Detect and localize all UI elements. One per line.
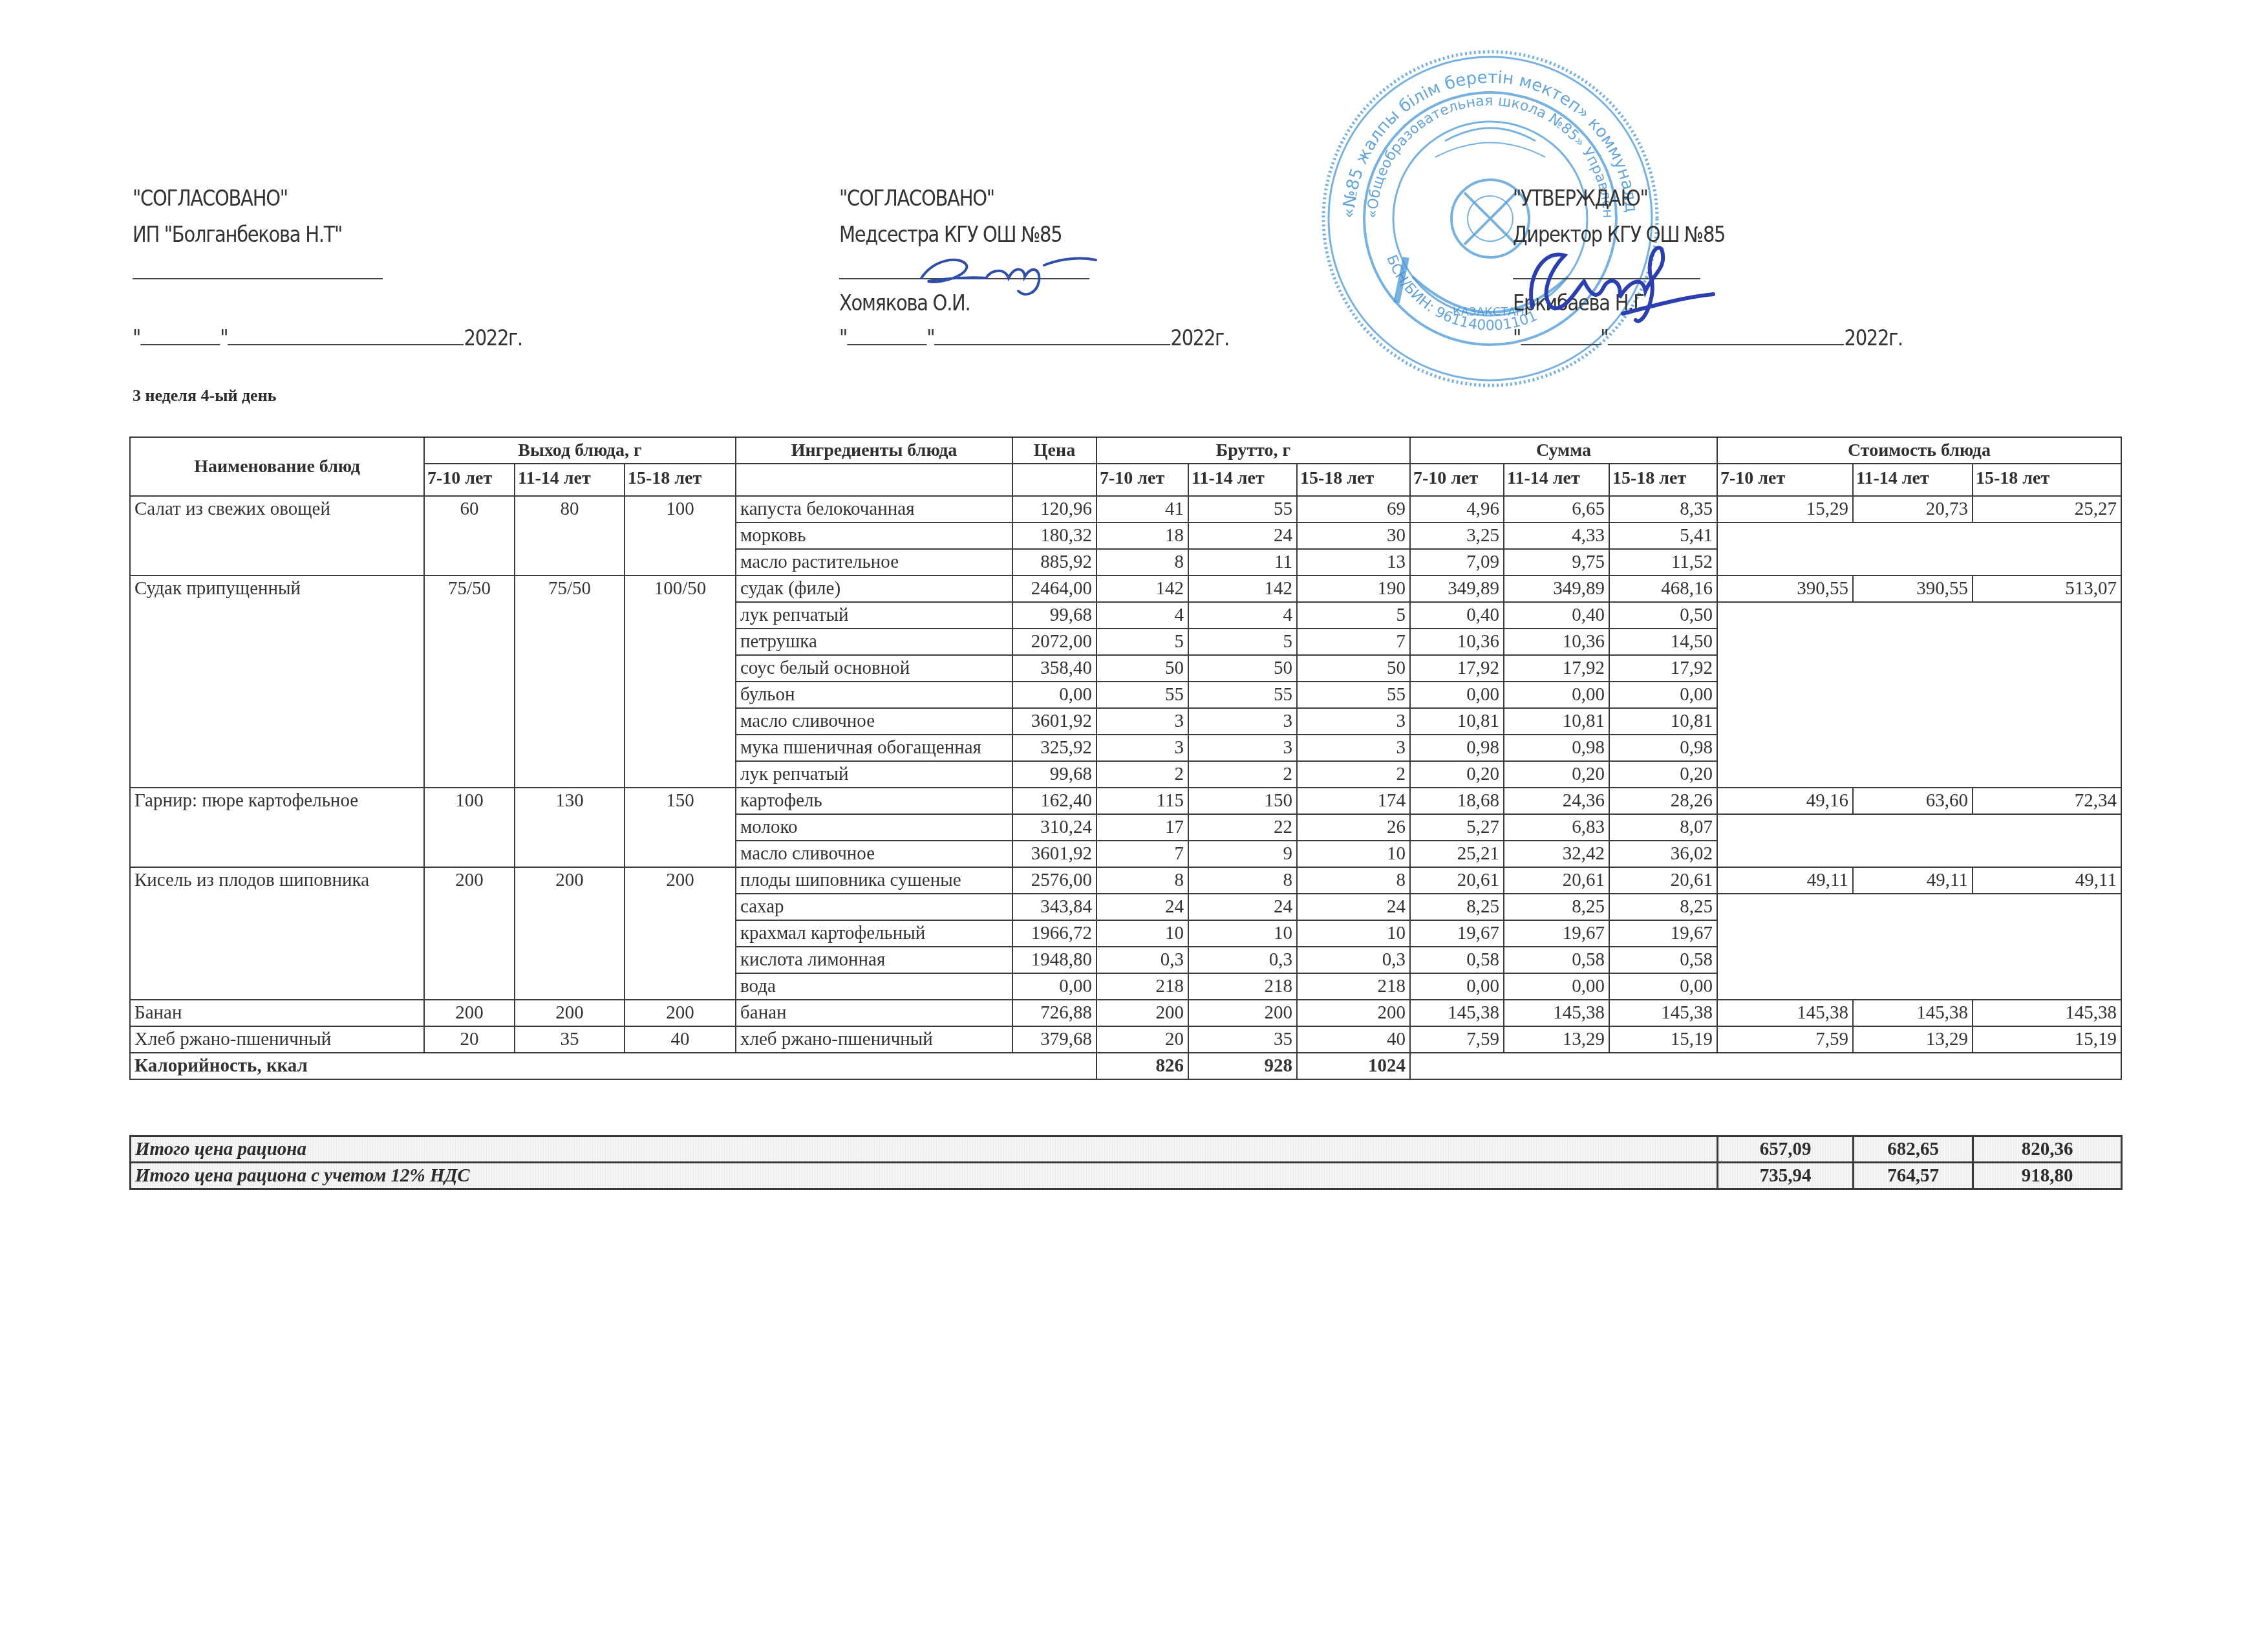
totals-value: 735,94	[1718, 1163, 1854, 1189]
dish-name: Хлеб ржано-пшеничный	[130, 1026, 424, 1053]
table-row: Судак припущенный75/5075/50100/50судак (…	[130, 576, 2121, 602]
header-age-cost: 11-14 лет	[1853, 464, 1973, 496]
ingredient-brutto: 200	[1297, 1000, 1410, 1026]
ingredient-price: 726,88	[1012, 1000, 1097, 1026]
ingredient-sum: 0,00	[1609, 973, 1717, 1000]
approval-org: Медсестра КГУ ОШ №85	[839, 224, 1062, 245]
ingredient-sum: 4,96	[1410, 496, 1504, 523]
ingredient-sum: 0,50	[1609, 602, 1717, 629]
ingredient-sum: 8,25	[1504, 894, 1609, 920]
dish-yield: 130	[515, 788, 625, 867]
ingredient-brutto: 10	[1188, 920, 1297, 947]
ingredient-price: 325,92	[1012, 735, 1097, 761]
dish-name: Банан	[130, 1000, 424, 1026]
ingredient-price: 99,68	[1012, 602, 1097, 629]
ingredient-sum: 0,00	[1504, 973, 1609, 1000]
ingredient-sum: 8,07	[1609, 814, 1717, 841]
ingredient-sum: 28,26	[1609, 788, 1717, 814]
ingredient-sum: 5,27	[1410, 814, 1504, 841]
dish-yield: 200	[515, 1000, 625, 1026]
ingredient-price: 2464,00	[1012, 576, 1097, 602]
calories-blank	[1410, 1053, 2121, 1079]
ingredient-brutto: 69	[1297, 496, 1410, 523]
ingredient-brutto: 50	[1188, 655, 1297, 682]
ingredient-price: 885,92	[1012, 549, 1097, 576]
dish-cost: 25,27	[1973, 496, 2121, 523]
ingredient-brutto: 115	[1097, 788, 1188, 814]
totals-row: Итого цена рациона с учетом 12% НДС735,9…	[131, 1163, 2122, 1189]
ingredient-brutto: 10	[1297, 920, 1410, 947]
ingredient-brutto: 50	[1097, 655, 1188, 682]
ingredient-brutto: 40	[1297, 1026, 1410, 1053]
ingredient-name: кислота лимонная	[736, 947, 1012, 973]
table-row: Гарнир: пюре картофельное100130150картоф…	[130, 788, 2121, 814]
ingredient-brutto: 30	[1297, 523, 1410, 549]
ingredient-sum: 0,00	[1410, 973, 1504, 1000]
ingredient-brutto: 7	[1297, 629, 1410, 655]
ingredient-brutto: 0,3	[1297, 947, 1410, 973]
ingredient-brutto: 0,3	[1188, 947, 1297, 973]
dish-yield: 35	[515, 1026, 625, 1053]
dish-yield: 75/50	[424, 576, 515, 788]
header-dish-cost: Стоимость блюда	[1717, 437, 2121, 464]
ingredient-brutto: 8	[1297, 867, 1410, 894]
ingredient-name: соус белый основной	[736, 655, 1012, 682]
dish-cost: 49,11	[1717, 867, 1853, 894]
header-age-sum: 7-10 лет	[1410, 464, 1504, 496]
ingredient-name: масло сливочное	[736, 841, 1012, 867]
ingredient-brutto: 41	[1097, 496, 1188, 523]
ingredient-price: 343,84	[1012, 894, 1097, 920]
dish-cost: 20,73	[1853, 496, 1973, 523]
ingredient-name: масло сливочное	[736, 708, 1012, 735]
calories-value: 1024	[1297, 1053, 1410, 1079]
dish-cost: 513,07	[1973, 576, 2121, 602]
ingredient-brutto: 10	[1097, 920, 1188, 947]
ingredient-brutto: 3	[1297, 708, 1410, 735]
totals-label: Итого цена рациона	[131, 1136, 1718, 1163]
dish-cost-blank	[1717, 602, 2121, 788]
ingredient-sum: 0,40	[1410, 602, 1504, 629]
ingredient-sum: 8,25	[1609, 894, 1717, 920]
ingredient-brutto: 8	[1097, 867, 1188, 894]
approval-title: "СОГЛАСОВАНО"	[839, 188, 994, 209]
ingredient-sum: 20,61	[1504, 867, 1609, 894]
ingredient-sum: 19,67	[1410, 920, 1504, 947]
ingredient-price: 3601,92	[1012, 841, 1097, 867]
approval-org: ИП "Болганбекова Н.Т"	[133, 224, 342, 245]
header-ingredients-blank	[736, 464, 1012, 496]
totals-value: 820,36	[1973, 1136, 2122, 1163]
ingredient-sum: 32,42	[1504, 841, 1609, 867]
ingredient-price: 3601,92	[1012, 708, 1097, 735]
calories-value: 826	[1097, 1053, 1188, 1079]
approval-signer: Хомякова О.И.	[839, 292, 970, 314]
ingredient-name: лук репчатый	[736, 602, 1012, 629]
table-row: Хлеб ржано-пшеничный203540хлеб ржано-пше…	[130, 1026, 2121, 1053]
ingredient-sum: 20,61	[1609, 867, 1717, 894]
ingredient-sum: 17,92	[1504, 655, 1609, 682]
dish-yield: 200	[625, 867, 736, 1000]
ingredient-sum: 0,40	[1504, 602, 1609, 629]
dish-cost-blank	[1717, 894, 2121, 1000]
ingredient-sum: 3,25	[1410, 523, 1504, 549]
ingredient-sum: 10,81	[1609, 708, 1717, 735]
ingredient-sum: 17,92	[1410, 655, 1504, 682]
ingredient-sum: 10,36	[1504, 629, 1609, 655]
ingredient-brutto: 9	[1188, 841, 1297, 867]
ingredient-sum: 24,36	[1504, 788, 1609, 814]
date-line: ""2022г.	[839, 325, 1229, 349]
ingredient-price: 310,24	[1012, 814, 1097, 841]
ingredient-brutto: 2	[1297, 761, 1410, 788]
ingredient-sum: 145,38	[1504, 1000, 1609, 1026]
header-yield: Выход блюда, г	[424, 437, 736, 464]
ingredient-brutto: 200	[1097, 1000, 1188, 1026]
dish-yield: 40	[625, 1026, 736, 1053]
ingredient-sum: 0,98	[1609, 735, 1717, 761]
ingredient-brutto: 174	[1297, 788, 1410, 814]
ingredient-sum: 11,52	[1609, 549, 1717, 576]
ingredient-price: 358,40	[1012, 655, 1097, 682]
approval-title: "СОГЛАСОВАНО"	[133, 188, 288, 209]
header-age-yield: 11-14 лет	[515, 464, 625, 496]
ingredient-brutto: 218	[1097, 973, 1188, 1000]
ingredient-name: крахмал картофельный	[736, 920, 1012, 947]
ingredient-brutto: 0,3	[1097, 947, 1188, 973]
dish-yield: 60	[424, 496, 515, 576]
ingredient-price: 162,40	[1012, 788, 1097, 814]
header-ingredients: Ингредиенты блюда	[736, 437, 1012, 464]
totals-label: Итого цена рациона с учетом 12% НДС	[131, 1163, 1718, 1189]
ingredient-sum: 9,75	[1504, 549, 1609, 576]
header-age-brutto: 7-10 лет	[1097, 464, 1188, 496]
ingredient-sum: 468,16	[1609, 576, 1717, 602]
ingredient-brutto: 55	[1097, 682, 1188, 708]
signature-line	[133, 259, 383, 283]
ingredient-brutto: 18	[1097, 523, 1188, 549]
date-line: ""2022г.	[1513, 325, 1903, 349]
ingredient-sum: 145,38	[1609, 1000, 1717, 1026]
dish-yield: 100/50	[625, 576, 736, 788]
ingredient-brutto: 2	[1188, 761, 1297, 788]
ingredient-brutto: 4	[1097, 602, 1188, 629]
ingredient-brutto: 24	[1188, 894, 1297, 920]
dish-cost: 49,11	[1853, 867, 1973, 894]
header-age-yield: 15-18 лет	[625, 464, 736, 496]
calories-row: Калорийность, ккал8269281024	[130, 1053, 2121, 1079]
ingredient-sum: 0,58	[1609, 947, 1717, 973]
ingredient-brutto: 4	[1188, 602, 1297, 629]
menu-table: Наименование блюд Выход блюда, г Ингреди…	[129, 436, 2122, 1080]
ingredient-name: судак (филе)	[736, 576, 1012, 602]
header-age-brutto: 15-18 лет	[1297, 464, 1410, 496]
ingredient-brutto: 142	[1188, 576, 1297, 602]
calories-value: 928	[1188, 1053, 1297, 1079]
dish-yield: 150	[625, 788, 736, 867]
dish-yield: 20	[424, 1026, 515, 1053]
ingredient-name: петрушка	[736, 629, 1012, 655]
ingredient-brutto: 24	[1097, 894, 1188, 920]
table-row: Банан200200200банан726,88200200200145,38…	[130, 1000, 2121, 1026]
ingredient-sum: 17,92	[1609, 655, 1717, 682]
dish-yield: 100	[424, 788, 515, 867]
ingredient-sum: 8,35	[1609, 496, 1717, 523]
ingredient-sum: 6,65	[1504, 496, 1609, 523]
ingredient-name: морковь	[736, 523, 1012, 549]
ingredient-brutto: 3	[1188, 708, 1297, 735]
ingredient-name: капуста белокочанная	[736, 496, 1012, 523]
dish-name: Гарнир: пюре картофельное	[130, 788, 424, 867]
ingredient-sum: 0,98	[1410, 735, 1504, 761]
ingredient-name: масло растительное	[736, 549, 1012, 576]
dish-name: Салат из свежих овощей	[130, 496, 424, 576]
header-age-brutto: 11-14 лет	[1188, 464, 1297, 496]
ingredient-brutto: 200	[1188, 1000, 1297, 1026]
ingredient-price: 2072,00	[1012, 629, 1097, 655]
ingredient-brutto: 55	[1297, 682, 1410, 708]
ingredient-sum: 4,33	[1504, 523, 1609, 549]
totals-row: Итого цена рациона657,09682,65820,36	[131, 1136, 2122, 1163]
header-price-blank	[1012, 464, 1097, 496]
dish-yield: 75/50	[515, 576, 625, 788]
ingredient-brutto: 5	[1188, 629, 1297, 655]
ingredient-brutto: 22	[1188, 814, 1297, 841]
dish-yield: 200	[424, 867, 515, 1000]
ingredient-brutto: 20	[1097, 1026, 1188, 1053]
ingredient-sum: 349,89	[1410, 576, 1504, 602]
ingredient-brutto: 7	[1097, 841, 1188, 867]
totals-value: 682,65	[1854, 1136, 1973, 1163]
ingredient-name: бульон	[736, 682, 1012, 708]
ingredient-brutto: 3	[1188, 735, 1297, 761]
totals-value: 657,09	[1718, 1136, 1854, 1163]
header-age-cost: 15-18 лет	[1973, 464, 2121, 496]
ingredient-name: картофель	[736, 788, 1012, 814]
ingredient-brutto: 2	[1097, 761, 1188, 788]
ingredient-price: 2576,00	[1012, 867, 1097, 894]
dish-cost: 72,34	[1973, 788, 2121, 814]
ingredient-sum: 10,36	[1410, 629, 1504, 655]
dish-cost: 13,29	[1853, 1026, 1973, 1053]
ingredient-brutto: 5	[1297, 602, 1410, 629]
ingredient-sum: 0,20	[1609, 761, 1717, 788]
header-sum: Сумма	[1410, 437, 1717, 464]
ingredient-name: хлеб ржано-пшеничный	[736, 1026, 1012, 1053]
ingredient-sum: 0,00	[1410, 682, 1504, 708]
ingredient-sum: 20,61	[1410, 867, 1504, 894]
dish-name: Судак припущенный	[130, 576, 424, 788]
ingredient-price: 180,32	[1012, 523, 1097, 549]
ingredient-brutto: 55	[1188, 496, 1297, 523]
ingredient-brutto: 35	[1188, 1026, 1297, 1053]
ingredient-price: 120,96	[1012, 496, 1097, 523]
ingredient-name: банан	[736, 1000, 1012, 1026]
ingredient-sum: 0,58	[1504, 947, 1609, 973]
ingredient-price: 0,00	[1012, 682, 1097, 708]
ingredient-sum: 18,68	[1410, 788, 1504, 814]
date-line: ""2022г.	[133, 325, 522, 349]
ingredient-sum: 10,81	[1504, 708, 1609, 735]
ingredient-brutto: 50	[1297, 655, 1410, 682]
ingredient-sum: 0,00	[1609, 682, 1717, 708]
ingredient-sum: 0,20	[1504, 761, 1609, 788]
dish-cost: 145,38	[1717, 1000, 1853, 1026]
ingredient-price: 1948,80	[1012, 947, 1097, 973]
table-row: Кисель из плодов шиповника200200200плоды…	[130, 867, 2121, 894]
dish-cost: 7,59	[1717, 1026, 1853, 1053]
ingredient-brutto: 24	[1188, 523, 1297, 549]
ingredient-name: вода	[736, 973, 1012, 1000]
ingredient-brutto: 11	[1188, 549, 1297, 576]
dish-cost: 145,38	[1853, 1000, 1973, 1026]
ingredient-sum: 5,41	[1609, 523, 1717, 549]
ingredient-sum: 7,09	[1410, 549, 1504, 576]
header-age-sum: 11-14 лет	[1504, 464, 1609, 496]
dish-cost: 49,11	[1973, 867, 2121, 894]
ingredient-sum: 19,67	[1504, 920, 1609, 947]
ingredient-brutto: 3	[1097, 708, 1188, 735]
ingredient-sum: 14,50	[1609, 629, 1717, 655]
header-dish-name: Наименование блюд	[130, 437, 424, 496]
ingredient-brutto: 3	[1297, 735, 1410, 761]
ingredient-sum: 7,59	[1410, 1026, 1504, 1053]
signature-line	[1513, 259, 1700, 283]
header-age-sum: 15-18 лет	[1609, 464, 1717, 496]
header-age-yield: 7-10 лет	[424, 464, 515, 496]
ingredient-brutto: 218	[1188, 973, 1297, 1000]
ingredient-sum: 13,29	[1504, 1026, 1609, 1053]
ingredient-name: сахар	[736, 894, 1012, 920]
ingredient-name: лук репчатый	[736, 761, 1012, 788]
dish-yield: 80	[515, 496, 625, 576]
dish-cost-blank	[1717, 523, 2121, 576]
header-price: Цена	[1012, 437, 1097, 464]
ingredient-sum: 36,02	[1609, 841, 1717, 867]
ingredient-brutto: 150	[1188, 788, 1297, 814]
ingredient-price: 99,68	[1012, 761, 1097, 788]
ingredient-brutto: 8	[1097, 549, 1188, 576]
dish-cost: 63,60	[1853, 788, 1973, 814]
dish-cost: 15,29	[1717, 496, 1853, 523]
dish-name: Кисель из плодов шиповника	[130, 867, 424, 1000]
ingredient-price: 1966,72	[1012, 920, 1097, 947]
ingredient-sum: 0,20	[1410, 761, 1504, 788]
dish-cost: 49,16	[1717, 788, 1853, 814]
ingredient-sum: 145,38	[1410, 1000, 1504, 1026]
dish-yield: 200	[515, 867, 625, 1000]
ingredient-sum: 349,89	[1504, 576, 1609, 602]
header-brutto: Брутто, г	[1097, 437, 1410, 464]
ingredient-brutto: 190	[1297, 576, 1410, 602]
ingredient-sum: 0,00	[1504, 682, 1609, 708]
ingredient-brutto: 3	[1097, 735, 1188, 761]
approval-org: Директор КГУ ОШ №85	[1513, 224, 1725, 245]
ingredient-brutto: 10	[1297, 841, 1410, 867]
dish-cost: 15,19	[1973, 1026, 2121, 1053]
ingredient-brutto: 13	[1297, 549, 1410, 576]
ingredient-sum: 6,83	[1504, 814, 1609, 841]
ingredient-brutto: 24	[1297, 894, 1410, 920]
ingredient-sum: 0,58	[1410, 947, 1504, 973]
ingredient-sum: 19,67	[1609, 920, 1717, 947]
totals-value: 918,80	[1973, 1163, 2122, 1189]
ingredient-brutto: 17	[1097, 814, 1188, 841]
table-row: Салат из свежих овощей6080100капуста бел…	[130, 496, 2121, 523]
dish-cost: 390,55	[1853, 576, 1973, 602]
ingredient-sum: 15,19	[1609, 1026, 1717, 1053]
ingredient-sum: 25,21	[1410, 841, 1504, 867]
ingredient-brutto: 142	[1097, 576, 1188, 602]
ingredient-brutto: 218	[1297, 973, 1410, 1000]
signature-line	[839, 259, 1089, 283]
ingredient-price: 0,00	[1012, 973, 1097, 1000]
ingredient-name: мука пшеничная обогащенная	[736, 735, 1012, 761]
ingredient-brutto: 26	[1297, 814, 1410, 841]
ingredient-sum: 0,98	[1504, 735, 1609, 761]
dish-yield: 200	[424, 1000, 515, 1026]
dish-cost: 145,38	[1973, 1000, 2121, 1026]
header-age-cost: 7-10 лет	[1717, 464, 1853, 496]
totals-value: 764,57	[1854, 1163, 1973, 1189]
dish-cost: 390,55	[1717, 576, 1853, 602]
ingredient-brutto: 8	[1188, 867, 1297, 894]
menu-day-subtitle: 3 неделя 4-ый день	[133, 386, 276, 405]
ingredient-price: 379,68	[1012, 1026, 1097, 1053]
approval-title: "УТВЕРЖДАЮ"	[1513, 188, 1648, 209]
director-signature-icon	[1506, 236, 1720, 333]
ingredient-sum: 8,25	[1410, 894, 1504, 920]
dish-yield: 100	[625, 496, 736, 576]
ingredient-sum: 10,81	[1410, 708, 1504, 735]
calories-label: Калорийность, ккал	[130, 1053, 1097, 1079]
ingredient-name: молоко	[736, 814, 1012, 841]
ingredient-brutto: 5	[1097, 629, 1188, 655]
totals-table: Итого цена рациона657,09682,65820,36Итог…	[129, 1135, 2123, 1190]
ingredient-brutto: 55	[1188, 682, 1297, 708]
approval-signer: Еркибаева Н.Г.	[1513, 292, 1649, 314]
ingredient-name: плоды шиповника сушеные	[736, 867, 1012, 894]
dish-yield: 200	[625, 1000, 736, 1026]
dish-cost-blank	[1717, 814, 2121, 867]
